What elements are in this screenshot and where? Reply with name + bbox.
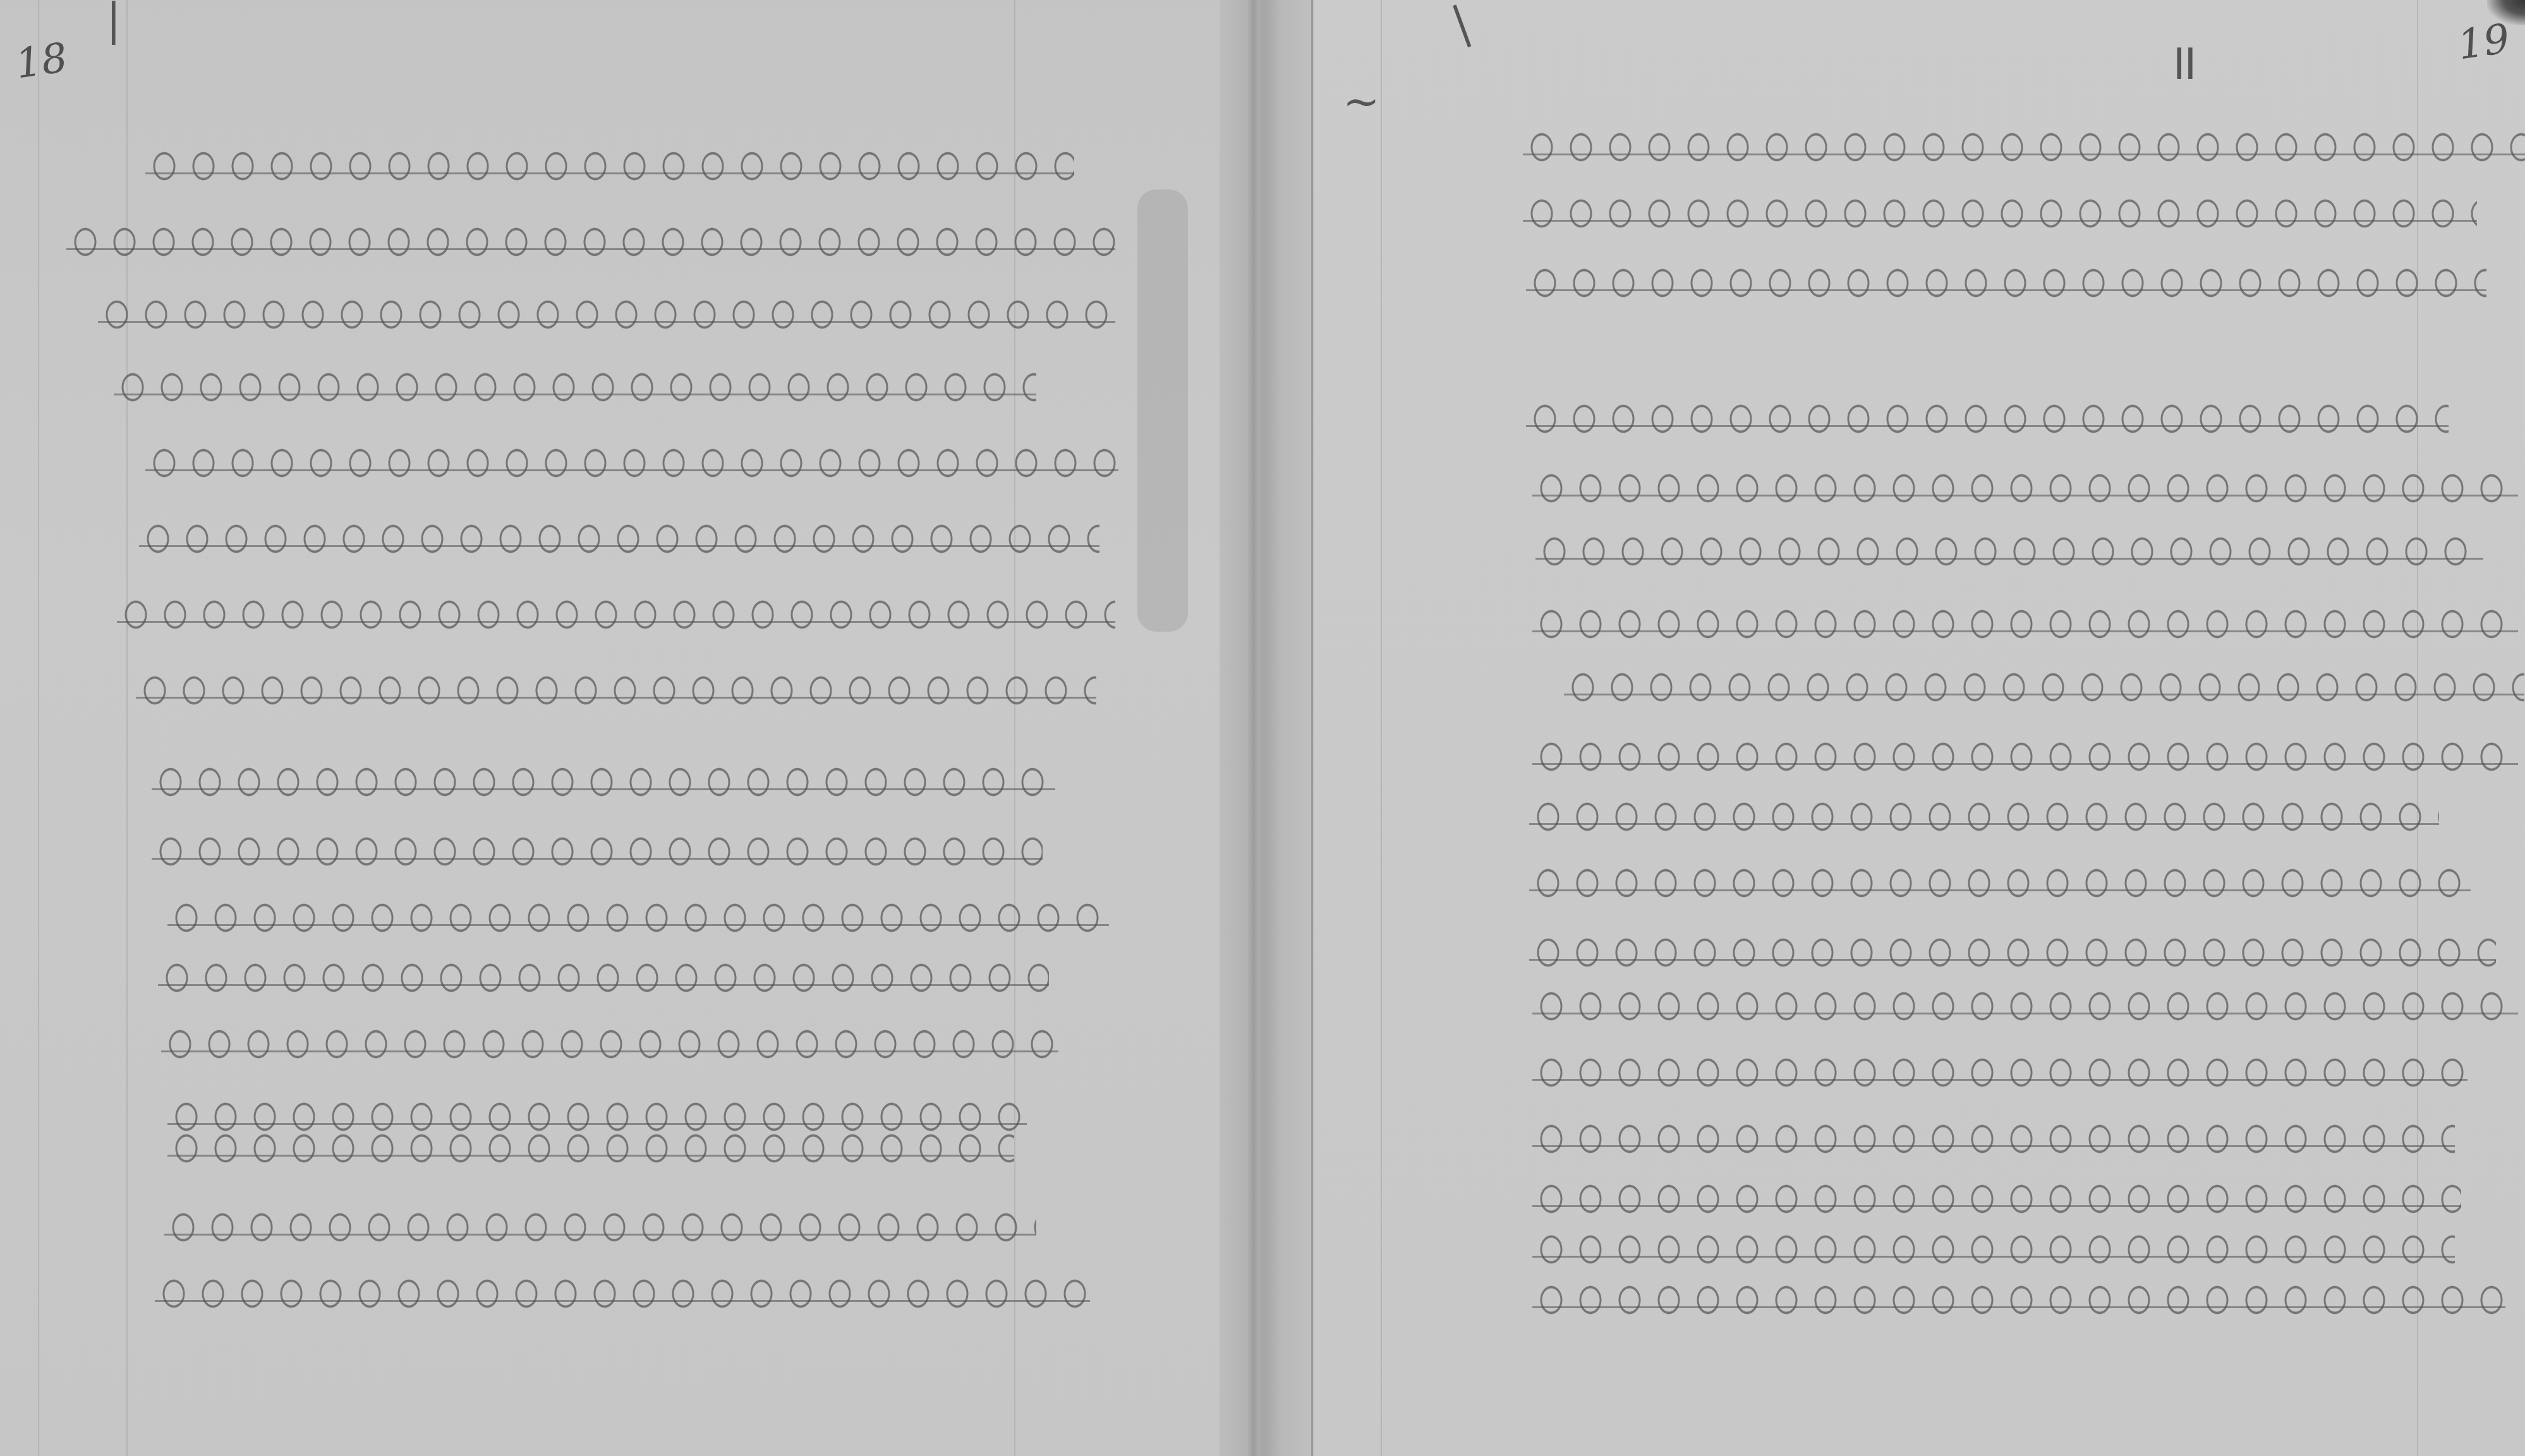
text-line: line 13 (handwritten) [1532, 982, 2518, 1026]
text-line: line 4 (handwritten) [114, 363, 1036, 407]
text-line: line 5 (handwritten) [1532, 464, 2518, 508]
text-line: line 5 (handwritten) [145, 439, 1118, 483]
margin-ruling [1381, 0, 1382, 1456]
text-line: line 6 (handwritten) [139, 515, 1099, 559]
page-number-right: 19 [2455, 16, 2512, 69]
text-line: line 17 (handwritten) [155, 1270, 1090, 1314]
gutter-fold [1248, 0, 1259, 1456]
margin-tick-mark: | [1445, 0, 1477, 50]
text-line: line 15 (handwritten) [167, 1124, 1014, 1169]
double-danda-mark: ॥ [2167, 25, 2198, 94]
text-line: line 1 (handwritten) [145, 142, 1074, 186]
text-line: line 9 (handwritten) [1532, 733, 2518, 777]
text-line: line 4 (handwritten) [1526, 395, 2449, 439]
page-edge [1311, 0, 1313, 1456]
book-gutter [1220, 0, 1321, 1456]
text-line: line 7 (handwritten) [117, 591, 1115, 635]
text-line: line 7 (handwritten) [1532, 600, 2518, 644]
text-line: line 16 (handwritten) [164, 1203, 1036, 1248]
text-line: line 8 (handwritten) [136, 666, 1096, 711]
text-line: line 18 (handwritten) [1532, 1276, 2505, 1320]
text-line: line 17 (handwritten) [1532, 1225, 2455, 1270]
manuscript-spread: 18 | line 1 (handwritten) line 2 (handwr… [0, 0, 2525, 1456]
text-line: line 15 (handwritten) [1532, 1115, 2455, 1159]
text-line: line 3 (handwritten) [1526, 259, 2486, 303]
right-page: 19 ॥ ~ | line 1 (handwritten) line 2 (ha… [1314, 0, 2525, 1456]
margin-squiggle-mark: ~ [1343, 76, 1380, 128]
text-line: line 11 (handwritten) [167, 894, 1109, 938]
text-line: line 2 (handwritten) [1523, 190, 2477, 234]
text-line: line 9 (handwritten) [152, 758, 1055, 802]
page-number-left: 18 [13, 35, 70, 88]
left-page: 18 | line 1 (handwritten) line 2 (handwr… [0, 0, 1242, 1456]
text-line: line 6 (handwritten) [1535, 527, 2483, 572]
text-line: line 10 (handwritten) [152, 827, 1043, 872]
text-line: line 13 (handwritten) [161, 1020, 1058, 1064]
margin-tick-mark: | [106, 0, 121, 45]
water-stain [1137, 190, 1188, 632]
margin-ruling [38, 0, 39, 1456]
text-line: line 10 (handwritten) [1529, 793, 2439, 837]
text-line: line 3 (handwritten) [98, 291, 1115, 335]
text-line: line 2 (handwritten) [66, 218, 1115, 262]
text-line: line 1 (handwritten) [1523, 123, 2525, 167]
text-line: line 11 (handwritten) [1529, 859, 2471, 903]
text-line: line 16 (handwritten) [1532, 1175, 2461, 1219]
text-line: line 12 (handwritten) [1529, 929, 2496, 973]
text-line: line 12 (handwritten) [158, 954, 1049, 998]
text-line: line 14 (handwritten) [1532, 1049, 2467, 1093]
text-line: line 8 (handwritten) [1564, 663, 2524, 707]
